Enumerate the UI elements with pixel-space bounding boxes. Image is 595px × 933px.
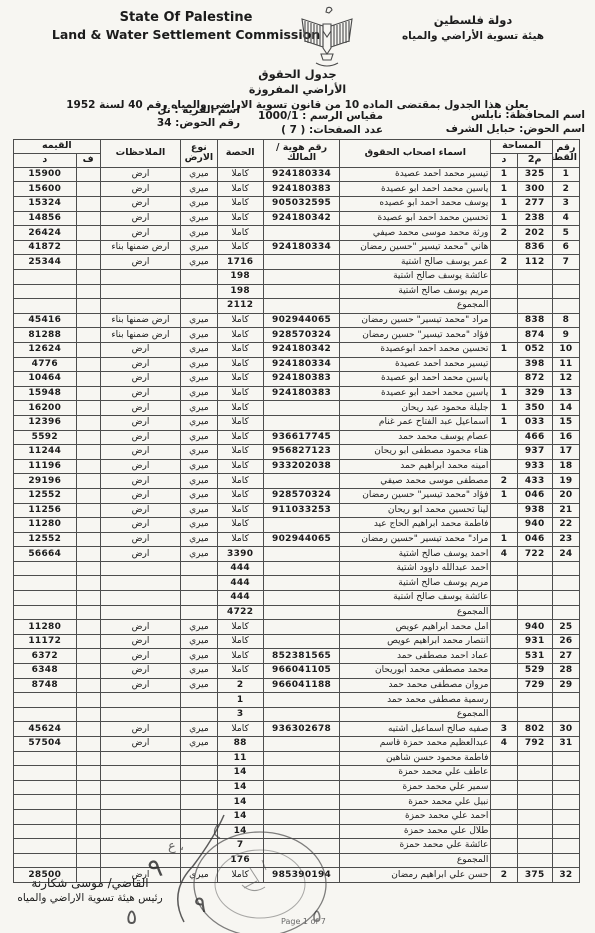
value-dinar-cell: 56664 [14,547,77,562]
plot-number-cell: 32 [552,868,579,883]
notes-cell: ارض [100,474,181,489]
svg-text:ع ،: ع ، [168,839,184,854]
table-row: عائشة يوسف صالح اشتية198 [14,270,580,285]
plot-number-cell: 13 [552,386,579,401]
area-dunum-cell [491,328,517,343]
owner-name-cell: هناء محمود مصطفى ابو ريحان [340,445,491,460]
rights-schedule-table: رقم القطعة المساحة اسماء اصحاب الحقوق رق… [13,139,580,883]
notes-cell: ارض [100,634,181,649]
notes-cell: ارض [100,737,181,752]
owner-id-cell [263,591,340,606]
value-fils-cell [76,284,100,299]
owner-id-cell: 924180383 [263,386,340,401]
area-dunum-cell [491,678,517,693]
share-cell: كاملا [217,357,263,372]
notes-cell: ارض ضمنها بناء [100,240,181,255]
table-row: مريم يوسف صالح اشتية444 [14,576,580,591]
plot-number-cell [552,299,579,314]
owner-name-cell: المجموع [340,707,491,722]
notes-cell: ارض [100,532,181,547]
notes-cell [100,270,181,285]
value-dinar-cell: 11280 [14,518,77,533]
col-header-value-fils: ف [76,153,100,167]
table-row: 247224احمد يوسف صالح اشتية3390ميريارض566… [14,547,580,562]
value-fils-cell [76,649,100,664]
area-dunum-cell [491,591,517,606]
land-type-cell [181,766,217,781]
area-m2-cell: 940 [517,518,552,533]
owner-id-cell: 905032595 [263,197,340,212]
owner-name-cell: اسماعيل عبد الفتاح عمر غنام [340,415,491,430]
share-cell: كاملا [217,503,263,518]
area-dunum-cell: 1 [491,401,517,416]
value-dinar-cell: 29196 [14,474,77,489]
owner-id-cell: 911033253 [263,503,340,518]
land-type-cell: ميري [181,342,217,357]
land-type-cell: ميري [181,722,217,737]
owner-name-cell: مريم يوسف صالح اشتية [340,284,491,299]
area-m2-cell: 937 [517,445,552,460]
share-cell: كاملا [217,372,263,387]
col-header-land-type: نوع الارض [181,140,217,168]
value-fils-cell [76,488,100,503]
value-fils-cell [76,503,100,518]
english-state-title: State Of Palestine [36,10,336,25]
owner-id-cell [263,401,340,416]
area-m2-cell: 112 [517,255,552,270]
land-type-cell [181,299,217,314]
table-row: عاطف علي محمد حمزة14 [14,766,580,781]
land-type-cell: ميري [181,649,217,664]
value-dinar-cell: 12624 [14,342,77,357]
owner-id-cell [263,284,340,299]
share-cell: كاملا [217,386,263,401]
area-m2-cell [517,707,552,722]
owner-id-cell [263,766,340,781]
plot-number-cell: 5 [552,226,579,241]
land-type-cell: ميري [181,372,217,387]
table-row: 317924عبدالعظيم محمد حمزة قاسم88ميريارض5… [14,737,580,752]
share-cell: كاملا [217,211,263,226]
plot-number-cell: 22 [552,518,579,533]
area-dunum-cell [491,270,517,285]
plot-number-cell: 12 [552,372,579,387]
area-dunum-cell [491,605,517,620]
value-fils-cell [76,299,100,314]
notes-cell: ارض [100,226,181,241]
value-fils-cell [76,532,100,547]
land-type-cell: ميري [181,430,217,445]
owner-name-cell: هاني "محمد تيسير "حسين رمضان [340,240,491,255]
value-fils-cell [76,401,100,416]
owner-name-cell: احمد عبدالله داوود اشتية [340,561,491,576]
owner-name-cell: فؤاد "محمد تيسير" حسين رمضان [340,488,491,503]
plot-number-cell: 14 [552,401,579,416]
total-row: المجموع4722 [14,605,580,620]
owner-name-cell: المجموع [340,853,491,868]
table-row: 42381تحسين محمد احمد ابو عصيدة924180342ك… [14,211,580,226]
value-fils-cell [76,430,100,445]
land-type-cell [181,561,217,576]
owner-name-cell: ياسين محمد احمد ابو عصيدة [340,372,491,387]
schedule-title: جدول الحقوق [0,67,595,81]
value-dinar-cell [14,284,77,299]
value-dinar-cell [14,853,77,868]
owner-id-cell [263,605,340,620]
value-fils-cell [76,459,100,474]
share-cell: كاملا [217,649,263,664]
rights-table-body: 13251تيسير محمد احمد عصيدة924180334كاملا… [14,167,580,882]
value-dinar-cell: 26424 [14,226,77,241]
share-cell: 2 [217,678,263,693]
land-type-cell: ميري [181,445,217,460]
value-dinar-cell [14,751,77,766]
plot-number-cell: 7 [552,255,579,270]
notes-cell: ارض [100,722,181,737]
land-type-cell: ميري [181,547,217,562]
value-fils-cell [76,561,100,576]
owner-id-cell: 936617745 [263,430,340,445]
area-dunum-cell: 1 [491,197,517,212]
value-fils-cell [76,415,100,430]
notes-cell: ارض [100,167,181,182]
value-dinar-cell [14,591,77,606]
table-row: 194332مصطفى موسى محمد صيفيكاملاميريارض29… [14,474,580,489]
owner-name-cell: احمد يوسف صالح اشتية [340,547,491,562]
share-cell: 2112 [217,299,263,314]
owner-name-cell: امل محمد ابراهيم عويص [340,620,491,635]
owner-name-cell: رسمية مصطفى محمد حمد [340,693,491,708]
table-row: 27531عماد احمد مصطفى حمد852381565كاملامي… [14,649,580,664]
plot-number-cell [552,605,579,620]
value-dinar-cell: 15900 [14,167,77,182]
land-type-cell: ميري [181,678,217,693]
notes-cell [100,693,181,708]
plot-number-cell: 2 [552,182,579,197]
owner-name-cell: عصام يوسف محمد حمد [340,430,491,445]
area-dunum-cell [491,853,517,868]
english-commission-title: Land & Water Settlement Commission [36,27,336,42]
area-m2-cell: 052 [517,342,552,357]
svg-text:٥: ٥ [126,905,137,929]
owner-id-cell: 924180334 [263,357,340,372]
value-fils-cell [76,342,100,357]
value-dinar-cell: 5592 [14,430,77,445]
meta-governorate-block: اسم المحافظة: نابلس اسم الحوض: حبايل الش… [446,108,585,136]
owner-name-cell: ياسين محمد احمد ابو عصيدة [340,386,491,401]
owner-name-cell: المجموع [340,299,491,314]
subdivided-lands-subtitle: الأراضي المفروزة [0,83,595,96]
owner-name-cell: ياسين محمد احمد ابو عصيدة [340,182,491,197]
plot-number-cell: 18 [552,459,579,474]
col-header-area-dunum: د [491,153,517,167]
plot-number-cell: 15 [552,415,579,430]
owner-name-cell: تيسير محمد احمد عصيدة [340,167,491,182]
owner-name-cell: محمد مصطفى محمد أبوريحان [340,664,491,679]
official-stamp-icon: ٩ ٩ ٥ ع ، ٥ [122,810,342,933]
col-header-notes: الملاحظات [100,140,181,168]
plot-number-cell [552,839,579,854]
notes-cell: ارض [100,415,181,430]
notes-cell: ارض ضمنها بناء [100,313,181,328]
land-type-cell: ميري [181,255,217,270]
table-row: 12872ياسين محمد احمد ابو عصيدة924180383ك… [14,372,580,387]
table-row: فاطمة محمود حسن شاهين11 [14,751,580,766]
land-type-cell: ميري [181,167,217,182]
area-dunum-cell [491,445,517,460]
table-row: 6836هاني "محمد تيسير "حسين رمضان92418033… [14,240,580,255]
land-type-cell: ميري [181,474,217,489]
table-header-row-top: رقم القطعة المساحة اسماء اصحاب الحقوق رق… [14,140,580,154]
plot-number-cell: 24 [552,547,579,562]
owner-id-cell [263,795,340,810]
area-dunum-cell [491,561,517,576]
owner-name-cell: المجموع [340,605,491,620]
area-dunum-cell [491,839,517,854]
plot-number-cell [552,824,579,839]
share-cell: كاملا [217,430,263,445]
share-cell: كاملا [217,620,263,635]
notes-cell: ارض [100,430,181,445]
share-cell: 444 [217,591,263,606]
area-dunum-cell [491,707,517,722]
land-type-cell: ميري [181,459,217,474]
owner-name-cell: جليلة محمود عيد ريحان [340,401,491,416]
area-dunum-cell [491,664,517,679]
value-fils-cell [76,693,100,708]
owner-name-cell: مروان مصطفى محمد حمد [340,678,491,693]
table-row: 230461مراد" محمد تيسير "حسين رمضان902944… [14,532,580,547]
share-cell: كاملا [217,459,263,474]
area-m2-cell: 329 [517,386,552,401]
share-cell: 198 [217,270,263,285]
arabic-state-title: دولة فلسطين [373,13,573,27]
owner-name-cell: عاطف علي محمد حمزة [340,766,491,781]
share-cell: كاملا [217,313,263,328]
table-row: 21938لينا تحسين محمد ابو ريحان911033253ك… [14,503,580,518]
table-row: 32771يوسف محمد احمد ابو عصيده905032595كا… [14,197,580,212]
owner-id-cell [263,299,340,314]
area-dunum-cell: 3 [491,722,517,737]
notes-cell [100,751,181,766]
owner-id-cell: 924180342 [263,342,340,357]
land-type-cell: ميري [181,313,217,328]
value-dinar-cell [14,839,77,854]
area-dunum-cell: 1 [491,211,517,226]
share-cell: كاملا [217,488,263,503]
owner-id-cell: 902944065 [263,532,340,547]
share-cell: كاملا [217,518,263,533]
land-type-cell: ميري [181,503,217,518]
plot-number-cell [552,809,579,824]
col-header-plot-number: رقم القطعة [552,140,579,168]
value-dinar-cell: 8748 [14,678,77,693]
value-dinar-cell: 16200 [14,401,77,416]
share-cell: كاملا [217,226,263,241]
share-cell: 1716 [217,255,263,270]
value-fils-cell [76,182,100,197]
area-dunum-cell [491,430,517,445]
area-m2-cell: 729 [517,678,552,693]
owner-id-cell: 956827123 [263,445,340,460]
value-dinar-cell: 10464 [14,372,77,387]
owner-id-cell [263,270,340,285]
table-row: 200461فؤاد "محمد تيسير" حسين رمضان928570… [14,488,580,503]
value-dinar-cell: 81288 [14,328,77,343]
svg-text:٩: ٩ [194,892,206,918]
owner-name-cell: مصطفى موسى محمد صيفي [340,474,491,489]
owner-name-cell: تحسين محمد احمد ابو عصيدة [340,211,491,226]
plot-number-cell: 28 [552,664,579,679]
notes-cell [100,795,181,810]
area-m2-cell [517,809,552,824]
owner-name-cell: مراد" محمد تيسير "حسين رمضان [340,532,491,547]
basin-name: اسم الحوض: حبايل الشرف [446,122,585,136]
value-fils-cell [76,824,100,839]
value-dinar-cell [14,795,77,810]
area-dunum-cell: 1 [491,532,517,547]
owner-name-cell: عبدالعظيم محمد حمزة قاسم [340,737,491,752]
area-m2-cell [517,693,552,708]
plot-number-cell: 6 [552,240,579,255]
value-dinar-cell: 11256 [14,503,77,518]
plot-number-cell: 27 [552,649,579,664]
plot-number-cell: 30 [552,722,579,737]
area-m2-cell: 325 [517,167,552,182]
land-type-cell: ميري [181,211,217,226]
share-cell: كاملا [217,722,263,737]
plot-number-cell [552,591,579,606]
value-fils-cell [76,707,100,722]
share-cell: كاملا [217,664,263,679]
value-dinar-cell: 12396 [14,415,77,430]
owner-name-cell: مريم يوسف صالح اشتية [340,576,491,591]
area-dunum-cell [491,751,517,766]
value-dinar-cell: 4776 [14,357,77,372]
col-header-value-dinar: د [14,153,77,167]
owner-id-cell [263,547,340,562]
owner-name-cell: عائشة يوسف صالح اشتية [340,591,491,606]
area-m2-cell [517,284,552,299]
area-dunum-cell [491,780,517,795]
owner-id-cell [263,693,340,708]
owner-id-cell: 924180342 [263,211,340,226]
table-row: رسمية مصطفى محمد حمد1 [14,693,580,708]
land-type-cell [181,693,217,708]
land-type-cell: ميري [181,488,217,503]
plot-number-cell: 21 [552,503,579,518]
notes-cell: ارض [100,357,181,372]
area-m2-cell [517,576,552,591]
land-type-cell: ميري [181,386,217,401]
notes-cell [100,591,181,606]
owner-id-cell [263,576,340,591]
area-m2-cell: 277 [517,197,552,212]
notes-cell: ارض [100,445,181,460]
land-type-cell [181,591,217,606]
table-row: احمد عبدالله داوود اشتية444 [14,561,580,576]
table-row: 133291ياسين محمد احمد ابو عصيدة924180383… [14,386,580,401]
owner-id-cell [263,255,340,270]
owner-name-cell: عائشة يوسف صالح اشتية [340,270,491,285]
notes-cell: ارض [100,342,181,357]
value-fils-cell [76,474,100,489]
area-dunum-cell: 1 [491,182,517,197]
share-cell: 444 [217,576,263,591]
land-type-cell [181,780,217,795]
value-fils-cell [76,270,100,285]
plot-number-cell [552,766,579,781]
land-type-cell: ميري [181,664,217,679]
owner-id-cell: 928570324 [263,328,340,343]
area-m2-cell: 792 [517,737,552,752]
area-m2-cell: 529 [517,664,552,679]
svg-text:٩: ٩ [145,853,165,885]
owner-id-cell [263,620,340,635]
value-dinar-cell: 11172 [14,634,77,649]
value-dinar-cell: 25344 [14,255,77,270]
share-cell: 1 [217,693,263,708]
owner-name-cell: يوسف محمد احمد ابو عصيده [340,197,491,212]
plot-number-cell: 31 [552,737,579,752]
area-m2-cell [517,751,552,766]
table-row: 17937هناء محمود مصطفى ابو ريحان956827123… [14,445,580,460]
notes-cell: ارض [100,488,181,503]
value-fils-cell [76,197,100,212]
value-dinar-cell: 14856 [14,211,77,226]
owner-id-cell [263,226,340,241]
land-type-cell: ميري [181,518,217,533]
area-m2-cell: 722 [517,547,552,562]
notes-cell: ارض [100,211,181,226]
value-dinar-cell [14,270,77,285]
notes-cell [100,766,181,781]
table-row: 29729مروان مصطفى محمد حمد9660411882ميريا… [14,678,580,693]
land-type-cell [181,605,217,620]
value-dinar-cell: 57504 [14,737,77,752]
plot-number-cell [552,751,579,766]
plot-number-cell: 20 [552,488,579,503]
land-type-cell [181,751,217,766]
owner-id-cell [263,561,340,576]
notes-cell [100,707,181,722]
table-row: 28529محمد مصطفى محمد أبوريحان966041105كا… [14,664,580,679]
share-cell: 3390 [217,547,263,562]
area-m2-cell: 466 [517,430,552,445]
share-cell: كاملا [217,167,263,182]
area-dunum-cell: 1 [491,415,517,430]
value-fils-cell [76,211,100,226]
table-row: 71122عمر يوسف صالح اشتية1716ميريارض25344 [14,255,580,270]
value-dinar-cell [14,766,77,781]
page-number-label: Page 1 of 7 [281,917,326,926]
value-dinar-cell [14,809,77,824]
owner-id-cell [263,707,340,722]
owner-id-cell: 933202038 [263,459,340,474]
area-m2-cell: 046 [517,532,552,547]
area-m2-cell: 300 [517,182,552,197]
area-dunum-cell [491,372,517,387]
land-type-cell: ميري [181,620,217,635]
plot-number-cell [552,561,579,576]
area-m2-cell: 931 [517,634,552,649]
governorate-name: اسم المحافظة: نابلس [446,108,585,122]
value-fils-cell [76,240,100,255]
area-m2-cell: 202 [517,226,552,241]
area-dunum-cell [491,313,517,328]
share-cell: 14 [217,780,263,795]
owner-name-cell: مراد "محمد تيسير" حسين رمضان [340,313,491,328]
